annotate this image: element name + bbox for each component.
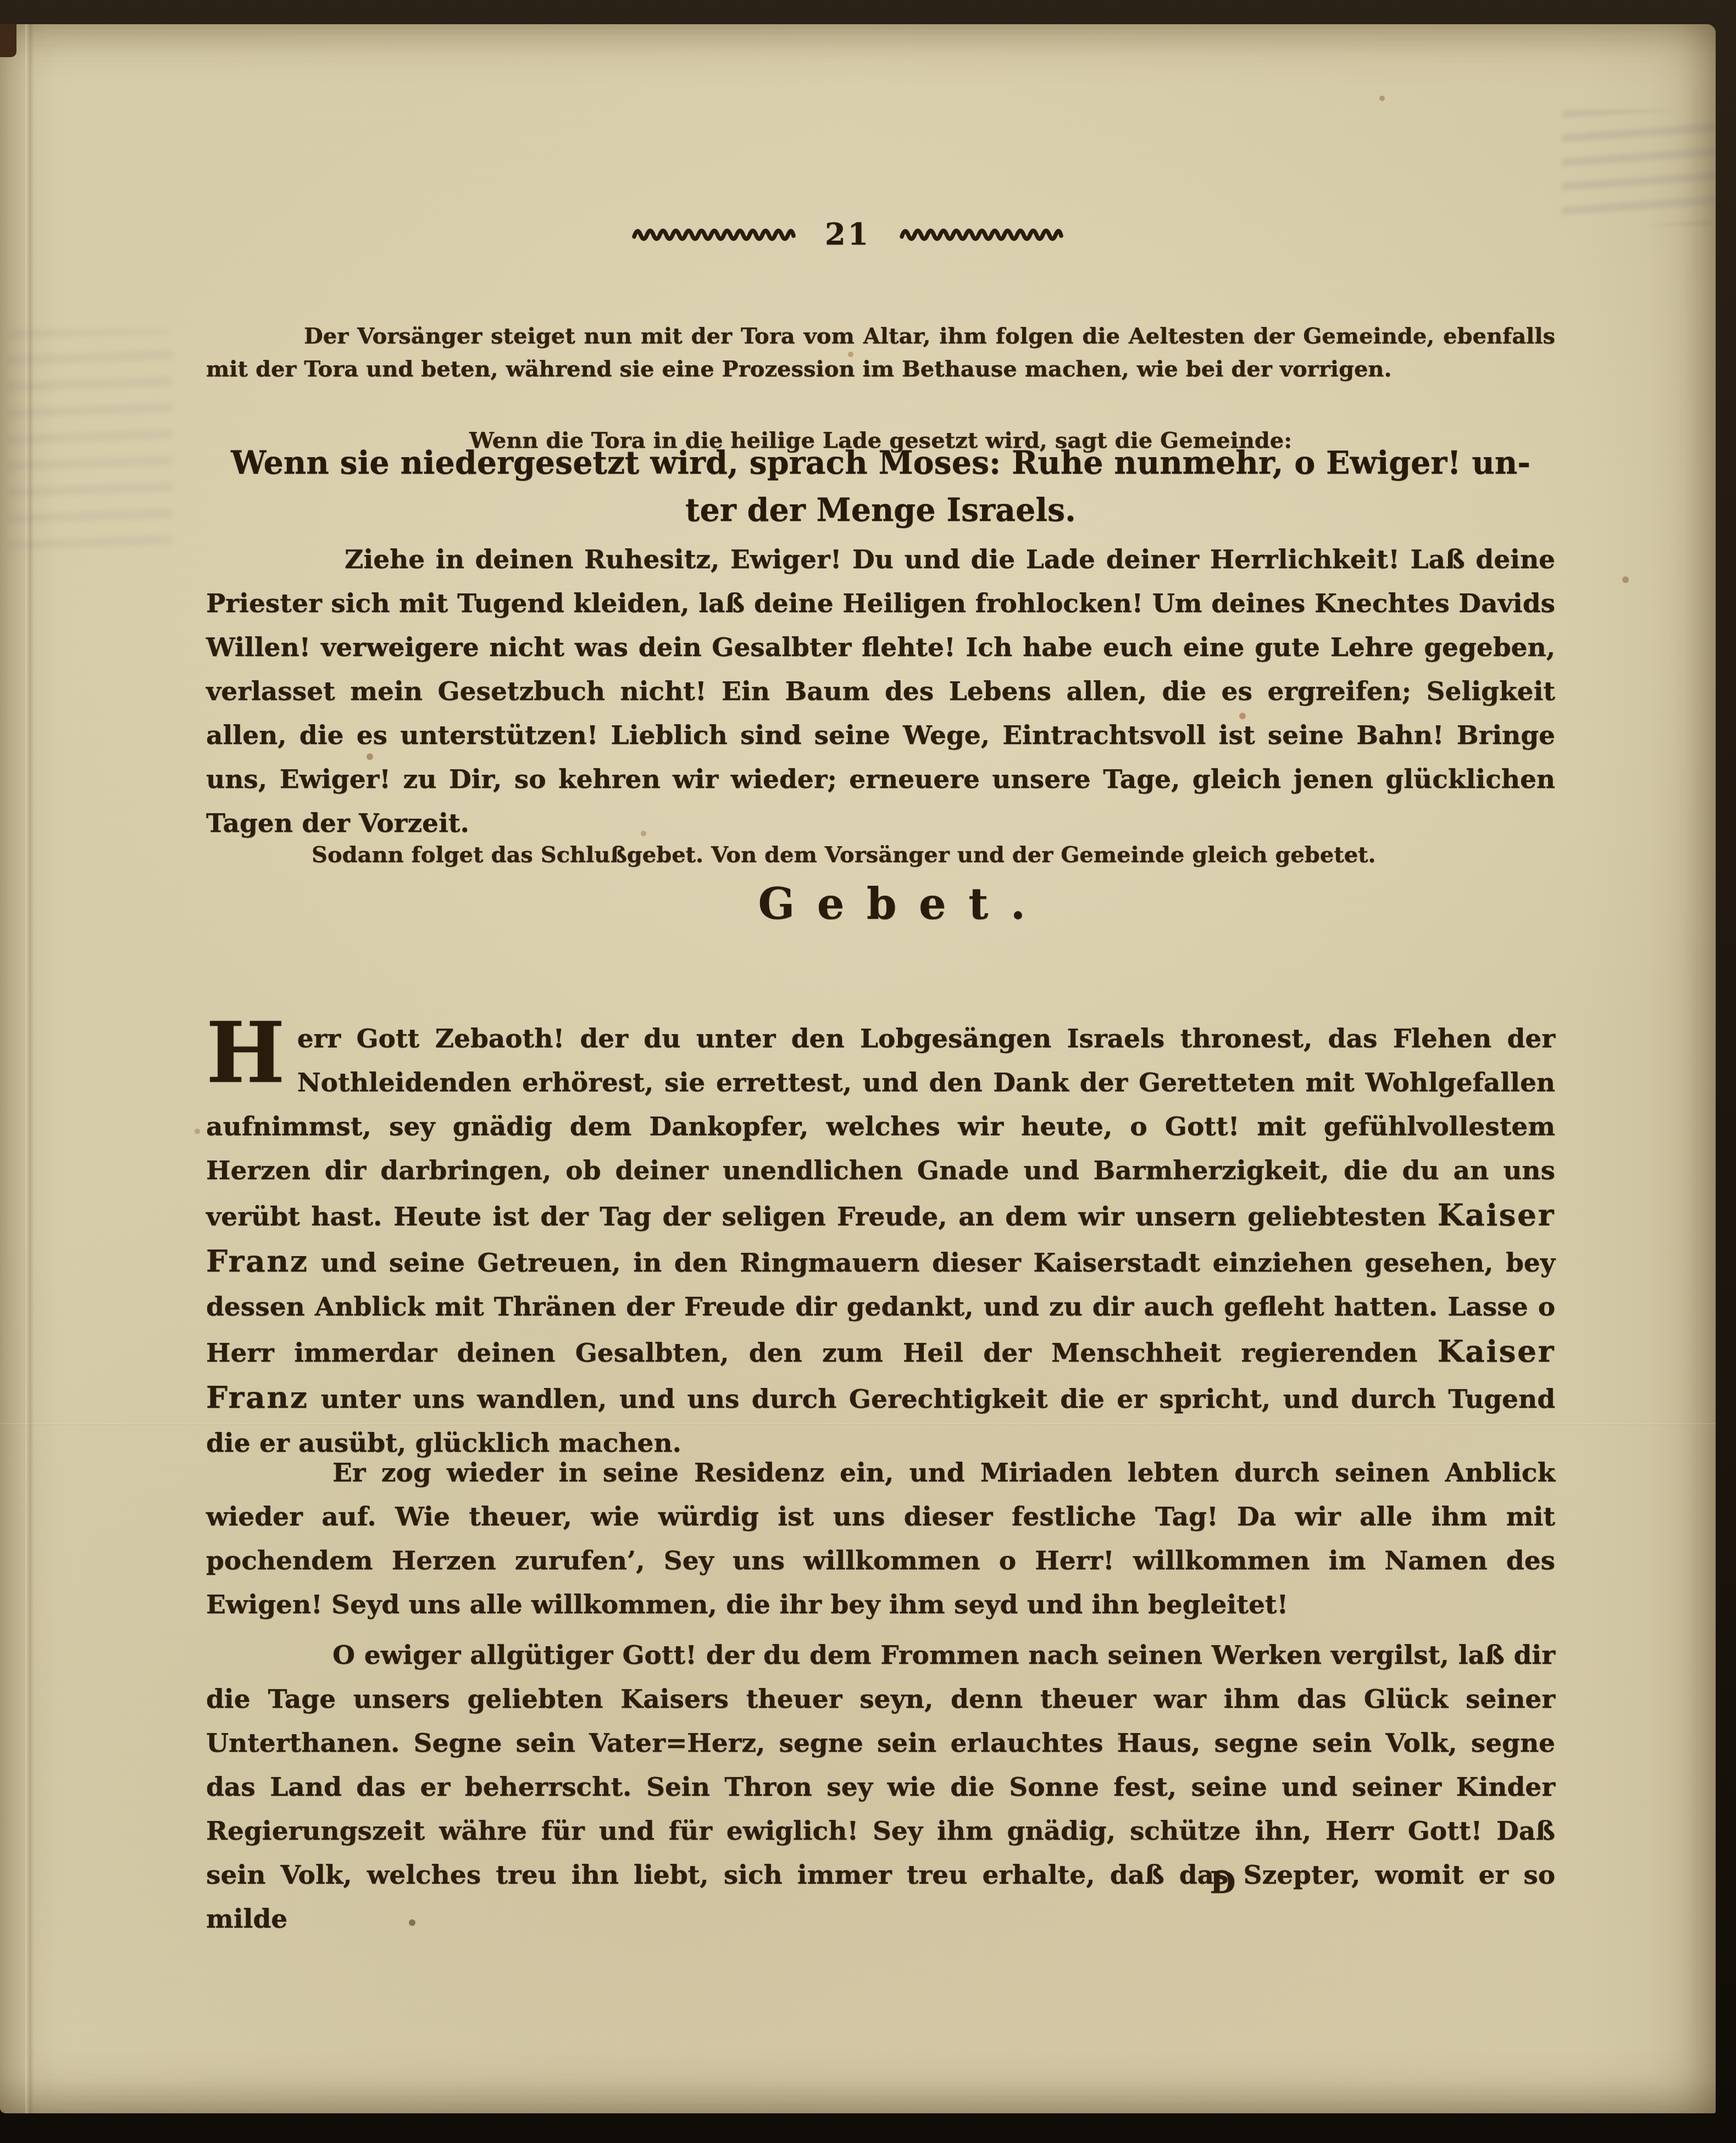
book-scan: 21 Der Vorsänger steiget nun mit der Tor…	[0, 0, 1736, 2143]
drop-cap: H	[206, 1017, 297, 1085]
zigzag-rule-icon	[631, 223, 796, 245]
rubric-procession: Der Vorsänger steiget nun mit der Tora v…	[206, 320, 1555, 386]
paper-specks	[0, 24, 3, 27]
prayer1-text-a: err Gott Zebaoth! der du unter den Lobge…	[206, 1024, 1555, 1232]
heading-moses: Wenn sie niedergesetzt wird, sprach Mose…	[206, 440, 1555, 534]
running-head: 21	[173, 216, 1522, 252]
rubric-schlussgebet: Sodann folget das Schlußgebet. Von dem V…	[206, 839, 1555, 871]
heading-moses-line2: ter der Menge Israels.	[206, 487, 1555, 534]
heading-gebet: Gebet.	[206, 879, 1578, 929]
show-through-left	[8, 330, 173, 560]
paragraph-prayer-2: Er zog wieder in seine Residenz ein, und…	[206, 1451, 1555, 1627]
show-through-right	[1562, 110, 1713, 225]
paragraph-prayer-1: Herr Gott Zebaoth! der du unter den Lobg…	[206, 1017, 1555, 1465]
catchword: D	[1190, 1865, 1256, 1900]
page-number: 21	[825, 216, 870, 252]
binding-notch	[0, 24, 16, 57]
zigzag-rule-icon	[899, 223, 1064, 245]
prayer1-text-b: und seine Getreuen, in den Ringmauern di…	[206, 1248, 1555, 1368]
heading-moses-line1: Wenn sie niedergesetzt wird, sprach Mose…	[206, 440, 1555, 487]
paragraph-ziehe: Ziehe in deinen Ruhesitz, Ewiger! Du und…	[206, 538, 1555, 846]
prayer1-text-c: unter uns wandlen, und uns durch Gerecht…	[206, 1384, 1555, 1458]
paragraph-prayer-3: O ewiger allgütiger Gott! der du dem Fro…	[206, 1634, 1555, 1941]
text-column: 21 Der Vorsänger steiget nun mit der Tor…	[206, 24, 1555, 2113]
